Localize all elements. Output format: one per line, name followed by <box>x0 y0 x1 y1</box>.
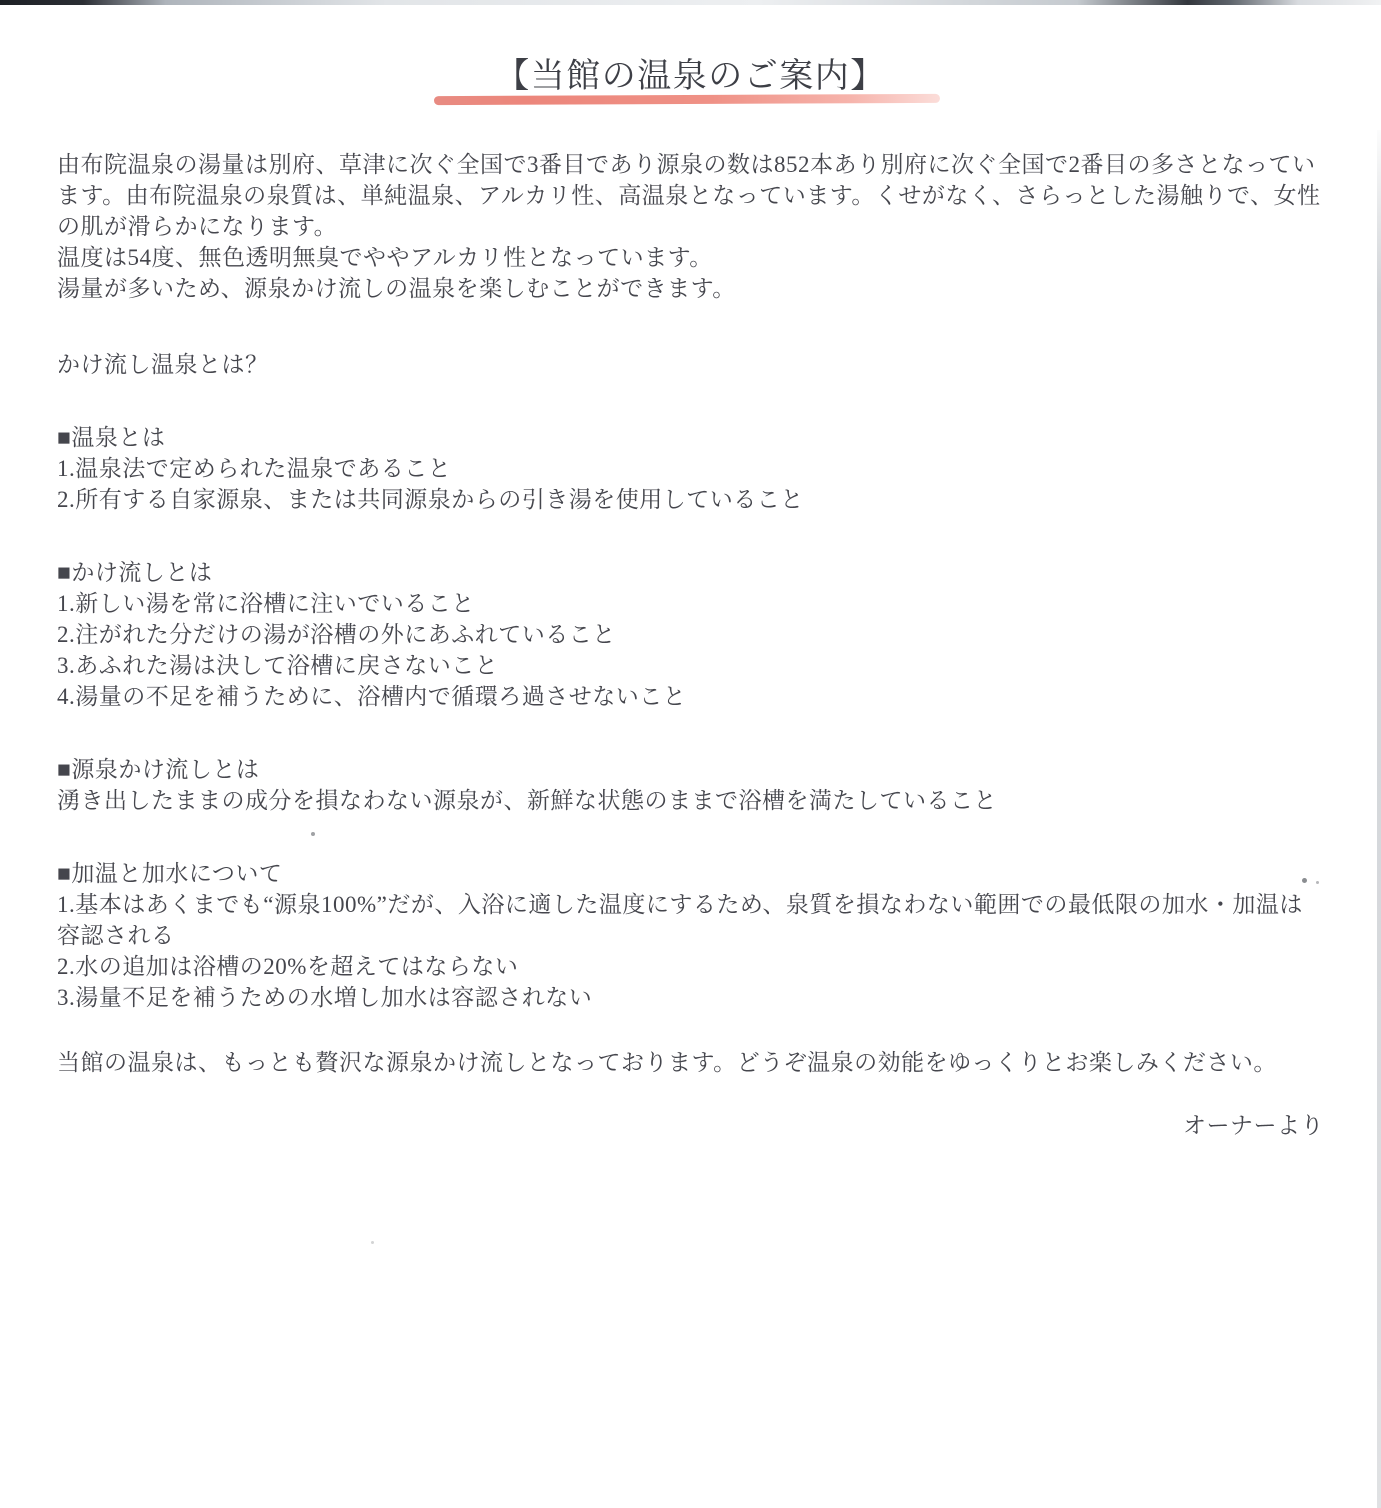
section-item: 1.温泉法で定められた温泉であること <box>57 453 1324 484</box>
section-heating-and-water: ■加温と加水について 1.基本はあくまでも“源泉100%”だが、入浴に適した温度… <box>57 858 1324 1013</box>
intro-line-volume: 湯量が多いため、源泉かけ流しの温泉を楽しむことができます。 <box>57 273 1324 304</box>
section-gensen-kakenagashi: ■源泉かけ流しとは 湧き出したままの成分を損なわない源泉が、新鮮な状態のままで浴… <box>57 754 1324 816</box>
section-item-list: 1.基本はあくまでも“源泉100%”だが、入浴に適した温度にするため、泉質を損な… <box>57 889 1324 1013</box>
section-item: 1.基本はあくまでも“源泉100%”だが、入浴に適した温度にするため、泉質を損な… <box>57 889 1324 951</box>
section-item-list: 1.温泉法で定められた温泉であること 2.所有する自家源泉、または共同源泉からの… <box>57 453 1324 515</box>
document-body: 【当館の温泉のご案内】 由布院温泉の湯量は別府、草津に次ぐ全国で3番目であり源泉… <box>57 0 1324 1141</box>
section-item: 2.注がれた分だけの湯が浴槽の外にあふれていること <box>57 619 1324 650</box>
intro-block: 由布院温泉の湯量は別府、草津に次ぐ全国で3番目であり源泉の数は852本あり別府に… <box>57 149 1324 304</box>
section-item-list: 1.新しい湯を常に浴槽に注いでいること 2.注がれた分だけの湯が浴槽の外にあふれ… <box>57 588 1324 712</box>
section-heading: ■源泉かけ流しとは <box>57 754 1324 785</box>
section-kakenagashi-definition: ■かけ流しとは 1.新しい湯を常に浴槽に注いでいること 2.注がれた分だけの湯が… <box>57 557 1324 712</box>
section-item: 湧き出したままの成分を損なわない源泉が、新鮮な状態のままで浴槽を満たしていること <box>57 785 1324 816</box>
scan-speck <box>371 1241 374 1244</box>
section-item: 2.水の追加は浴槽の20%を超えてはならない <box>57 951 1324 982</box>
scanned-document-page: { "title": { "text": "【当館の温泉のご案内】", "und… <box>0 0 1381 1508</box>
intro-paragraph: 由布院温泉の湯量は別府、草津に次ぐ全国で3番目であり源泉の数は852本あり別府に… <box>57 149 1324 242</box>
section-item: 2.所有する自家源泉、または共同源泉からの引き湯を使用していること <box>57 484 1324 515</box>
section-heading: ■加温と加水について <box>57 858 1324 889</box>
section-item: 3.あふれた湯は決して浴槽に戻さないこと <box>57 650 1324 681</box>
section-item: 3.湯量不足を補うための水増し加水は容認されない <box>57 982 1324 1013</box>
signature: オーナーより <box>57 1110 1324 1141</box>
intro-line-temperature: 温度は54度、無色透明無臭でややアルカリ性となっています。 <box>57 242 1324 273</box>
question-line: かけ流し温泉とは？ <box>57 349 1324 380</box>
section-heading: ■温泉とは <box>57 422 1324 453</box>
section-item: 1.新しい湯を常に浴槽に注いでいること <box>57 588 1324 619</box>
page-title: 【当館の温泉のご案内】 <box>57 0 1324 99</box>
closing-paragraph: 当館の温泉は、もっとも贅沢な源泉かけ流しとなっております。どうぞ温泉の効能をゆっ… <box>57 1047 1324 1078</box>
section-item: 4.湯量の不足を補うために、浴槽内で循環ろ過させないこと <box>57 681 1324 712</box>
section-heading: ■かけ流しとは <box>57 557 1324 588</box>
scan-right-edge-artifact <box>1377 130 1381 1508</box>
section-item-list: 湧き出したままの成分を損なわない源泉が、新鮮な状態のままで浴槽を満たしていること <box>57 785 1324 816</box>
section-onsen-definition: ■温泉とは 1.温泉法で定められた温泉であること 2.所有する自家源泉、または共… <box>57 422 1324 515</box>
